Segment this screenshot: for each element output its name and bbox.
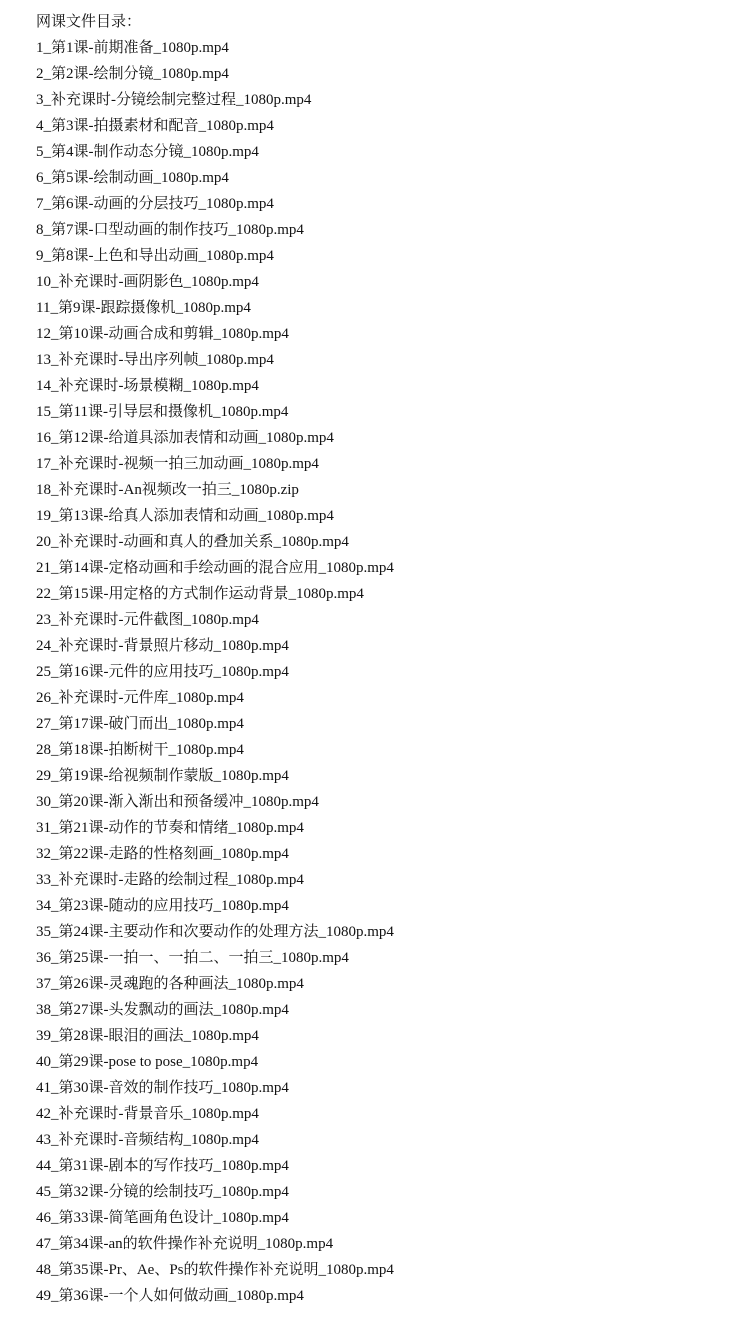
file-list-item: 24_补充课时-背景照片移动_1080p.mp4 <box>36 633 736 659</box>
file-list-item: 28_第18课-拍断树干_1080p.mp4 <box>36 737 736 763</box>
file-list-item: 5_第4课-制作动态分镜_1080p.mp4 <box>36 139 736 165</box>
file-list-item: 47_第34课-an的软件操作补充说明_1080p.mp4 <box>36 1231 736 1257</box>
file-list-item: 17_补充课时-视频一拍三加动画_1080p.mp4 <box>36 451 736 477</box>
file-list-item: 12_第10课-动画合成和剪辑_1080p.mp4 <box>36 321 736 347</box>
file-list-item: 2_第2课-绘制分镜_1080p.mp4 <box>36 61 736 87</box>
document-title: 网课文件目录： <box>36 9 736 35</box>
file-list-item: 6_第5课-绘制动画_1080p.mp4 <box>36 165 736 191</box>
file-list-item: 30_第20课-渐入渐出和预备缓冲_1080p.mp4 <box>36 789 736 815</box>
file-list-item: 39_第28课-眼泪的画法_1080p.mp4 <box>36 1023 736 1049</box>
file-list-item: 16_第12课-给道具添加表情和动画_1080p.mp4 <box>36 425 736 451</box>
file-list-item: 1_第1课-前期准备_1080p.mp4 <box>36 35 736 61</box>
file-list-item: 14_补充课时-场景模糊_1080p.mp4 <box>36 373 736 399</box>
file-list-item: 38_第27课-头发飘动的画法_1080p.mp4 <box>36 997 736 1023</box>
file-list-item: 46_第33课-简笔画角色设计_1080p.mp4 <box>36 1205 736 1231</box>
file-list-item: 8_第7课-口型动画的制作技巧_1080p.mp4 <box>36 217 736 243</box>
file-list-item: 19_第13课-给真人添加表情和动画_1080p.mp4 <box>36 503 736 529</box>
file-list-item: 25_第16课-元件的应用技巧_1080p.mp4 <box>36 659 736 685</box>
file-list-item: 4_第3课-拍摄素材和配音_1080p.mp4 <box>36 113 736 139</box>
file-list-item: 43_补充课时-音频结构_1080p.mp4 <box>36 1127 736 1153</box>
file-list-item: 26_补充课时-元件库_1080p.mp4 <box>36 685 736 711</box>
file-list: 1_第1课-前期准备_1080p.mp42_第2课-绘制分镜_1080p.mp4… <box>36 35 736 1309</box>
file-list-item: 13_补充课时-导出序列帧_1080p.mp4 <box>36 347 736 373</box>
file-list-item: 35_第24课-主要动作和次要动作的处理方法_1080p.mp4 <box>36 919 736 945</box>
file-list-item: 34_第23课-随动的应用技巧_1080p.mp4 <box>36 893 736 919</box>
file-list-item: 27_第17课-破门而出_1080p.mp4 <box>36 711 736 737</box>
file-list-item: 18_补充课时-An视频改一拍三_1080p.zip <box>36 477 736 503</box>
file-list-item: 41_第30课-音效的制作技巧_1080p.mp4 <box>36 1075 736 1101</box>
file-list-item: 32_第22课-走路的性格刻画_1080p.mp4 <box>36 841 736 867</box>
file-directory-document: 网课文件目录： 1_第1课-前期准备_1080p.mp42_第2课-绘制分镜_1… <box>36 9 736 1309</box>
file-list-item: 45_第32课-分镜的绘制技巧_1080p.mp4 <box>36 1179 736 1205</box>
file-list-item: 10_补充课时-画阴影色_1080p.mp4 <box>36 269 736 295</box>
file-list-item: 3_补充课时-分镜绘制完整过程_1080p.mp4 <box>36 87 736 113</box>
file-list-item: 23_补充课时-元件截图_1080p.mp4 <box>36 607 736 633</box>
file-list-item: 20_补充课时-动画和真人的叠加关系_1080p.mp4 <box>36 529 736 555</box>
file-list-item: 22_第15课-用定格的方式制作运动背景_1080p.mp4 <box>36 581 736 607</box>
file-list-item: 44_第31课-剧本的写作技巧_1080p.mp4 <box>36 1153 736 1179</box>
file-list-item: 21_第14课-定格动画和手绘动画的混合应用_1080p.mp4 <box>36 555 736 581</box>
file-list-item: 15_第11课-引导层和摄像机_1080p.mp4 <box>36 399 736 425</box>
file-list-item: 31_第21课-动作的节奏和情绪_1080p.mp4 <box>36 815 736 841</box>
file-list-item: 7_第6课-动画的分层技巧_1080p.mp4 <box>36 191 736 217</box>
file-list-item: 33_补充课时-走路的绘制过程_1080p.mp4 <box>36 867 736 893</box>
file-list-item: 9_第8课-上色和导出动画_1080p.mp4 <box>36 243 736 269</box>
file-list-item: 29_第19课-给视频制作蒙版_1080p.mp4 <box>36 763 736 789</box>
file-list-item: 37_第26课-灵魂跑的各种画法_1080p.mp4 <box>36 971 736 997</box>
file-list-item: 11_第9课-跟踪摄像机_1080p.mp4 <box>36 295 736 321</box>
file-list-item: 36_第25课-一拍一、一拍二、一拍三_1080p.mp4 <box>36 945 736 971</box>
file-list-item: 49_第36课-一个人如何做动画_1080p.mp4 <box>36 1283 736 1309</box>
file-list-item: 42_补充课时-背景音乐_1080p.mp4 <box>36 1101 736 1127</box>
file-list-item: 48_第35课-Pr、Ae、Ps的软件操作补充说明_1080p.mp4 <box>36 1257 736 1283</box>
file-list-item: 40_第29课-pose to pose_1080p.mp4 <box>36 1049 736 1075</box>
